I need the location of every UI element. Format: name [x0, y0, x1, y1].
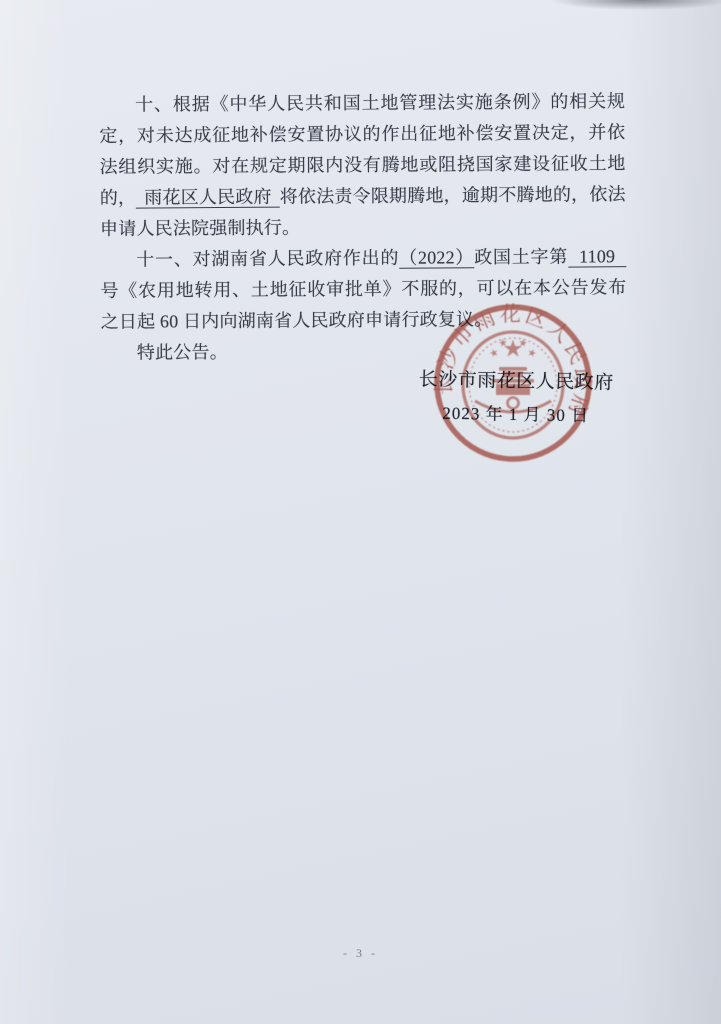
- paragraph-article-10: 十、根据《中华人民共和国土地管理法实施条例》的相关规定，对未达成征地补偿安置协议…: [99, 86, 626, 245]
- small-star-icon: [489, 348, 499, 358]
- big-star-icon: [504, 340, 522, 357]
- small-star-icon: [527, 348, 537, 358]
- page-number: - 3 -: [0, 946, 721, 961]
- para11-underlined-year: （2022）: [399, 247, 474, 269]
- issuer-name: 长沙市雨花区人民政府: [408, 364, 624, 395]
- small-star-icon: [518, 338, 527, 347]
- para11-underlined-document-number: 1109: [568, 246, 626, 267]
- issue-date: 2023 年 1 月 30 日: [408, 398, 624, 427]
- para10-underlined-government: 雨花区人民政府: [136, 187, 280, 209]
- para11-text-pre: 十一、对湖南省人民政府作出的: [136, 248, 399, 270]
- document-photo: 十、根据《中华人民共和国土地管理法实施条例》的相关规定，对未达成征地补偿安置协议…: [0, 0, 721, 1024]
- para11-text-mid: 政国土字第: [474, 247, 568, 268]
- photo-edge-shadow: [511, 0, 721, 10]
- signature-block: 长沙市雨花区人民政府 2023 年 1 月 30 日: [408, 364, 625, 427]
